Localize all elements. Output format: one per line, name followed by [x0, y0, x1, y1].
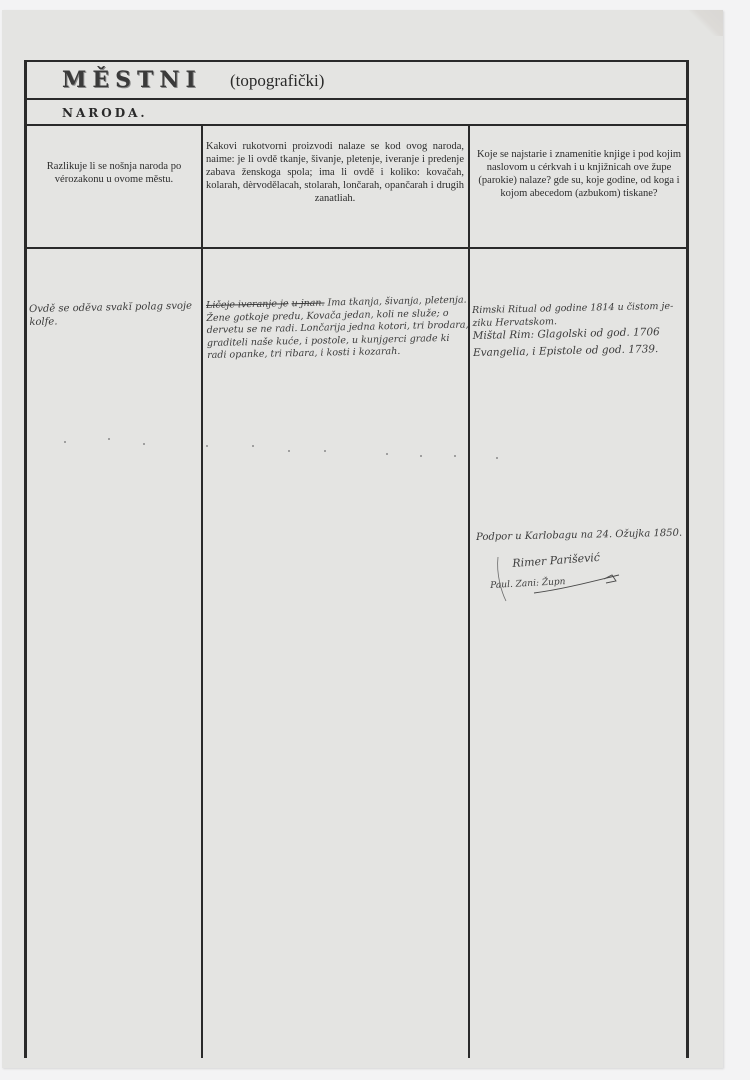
- document-title: MĚSTNI: [62, 67, 202, 93]
- title-divider: [24, 98, 688, 100]
- form-table: MĚSTNI (topografički) NARODA. Razlikuje …: [24, 60, 688, 1058]
- faint-mark: [143, 443, 145, 445]
- entry-crafts-struck: Ličeje iveranje je: [206, 298, 289, 311]
- faint-mark: [324, 450, 326, 452]
- entry-books-line: Evangelia, i Epistole od god. 1739.: [473, 342, 683, 359]
- faint-mark: [454, 455, 456, 457]
- column-header-books: Koje se najstarie i znamenitie knjige i …: [474, 148, 684, 200]
- entry-dress: Ovdě se odĕva svakĭ polag svoje kolfe.: [29, 300, 201, 329]
- table-right-border: [686, 60, 689, 1058]
- table-left-border: [24, 60, 27, 1058]
- faint-mark: [386, 453, 388, 455]
- column-divider-1: [201, 124, 203, 1058]
- document-title-sub: (topografički): [230, 71, 324, 91]
- header-bottom-divider: [24, 247, 688, 249]
- subtitle-divider: [24, 124, 688, 126]
- page-corner-fold: [689, 10, 723, 36]
- faint-mark: [64, 441, 66, 443]
- faint-mark: [108, 438, 110, 440]
- document-page: MĚSTNI (topografički) NARODA. Razlikuje …: [2, 10, 723, 1068]
- faint-mark: [206, 445, 208, 447]
- faint-mark: [496, 457, 498, 459]
- entry-crafts-block: Ličeje iveranje je u jnan. Ima tkanja, š…: [206, 295, 469, 363]
- column-divider-2: [468, 124, 470, 1058]
- entry-books-block: Rimski Ritual od godine 1814 u čistom je…: [472, 301, 683, 359]
- faint-mark: [252, 445, 254, 447]
- column-header-crafts: Kakovi rukotvorni proizvodi nalaze se ko…: [206, 140, 464, 205]
- faint-mark: [288, 450, 290, 452]
- faint-mark: [420, 455, 422, 457]
- column-header-dress: Razlikuje li se nošnja naroda po vérozak…: [28, 160, 200, 186]
- place-date: Podpor u Karlobagu na 24. Ožujka 1850.: [476, 528, 686, 545]
- table-top-border: [24, 60, 688, 62]
- entry-crafts-struck-2: u jnan.: [291, 298, 324, 310]
- document-subtitle: NARODA.: [62, 106, 148, 120]
